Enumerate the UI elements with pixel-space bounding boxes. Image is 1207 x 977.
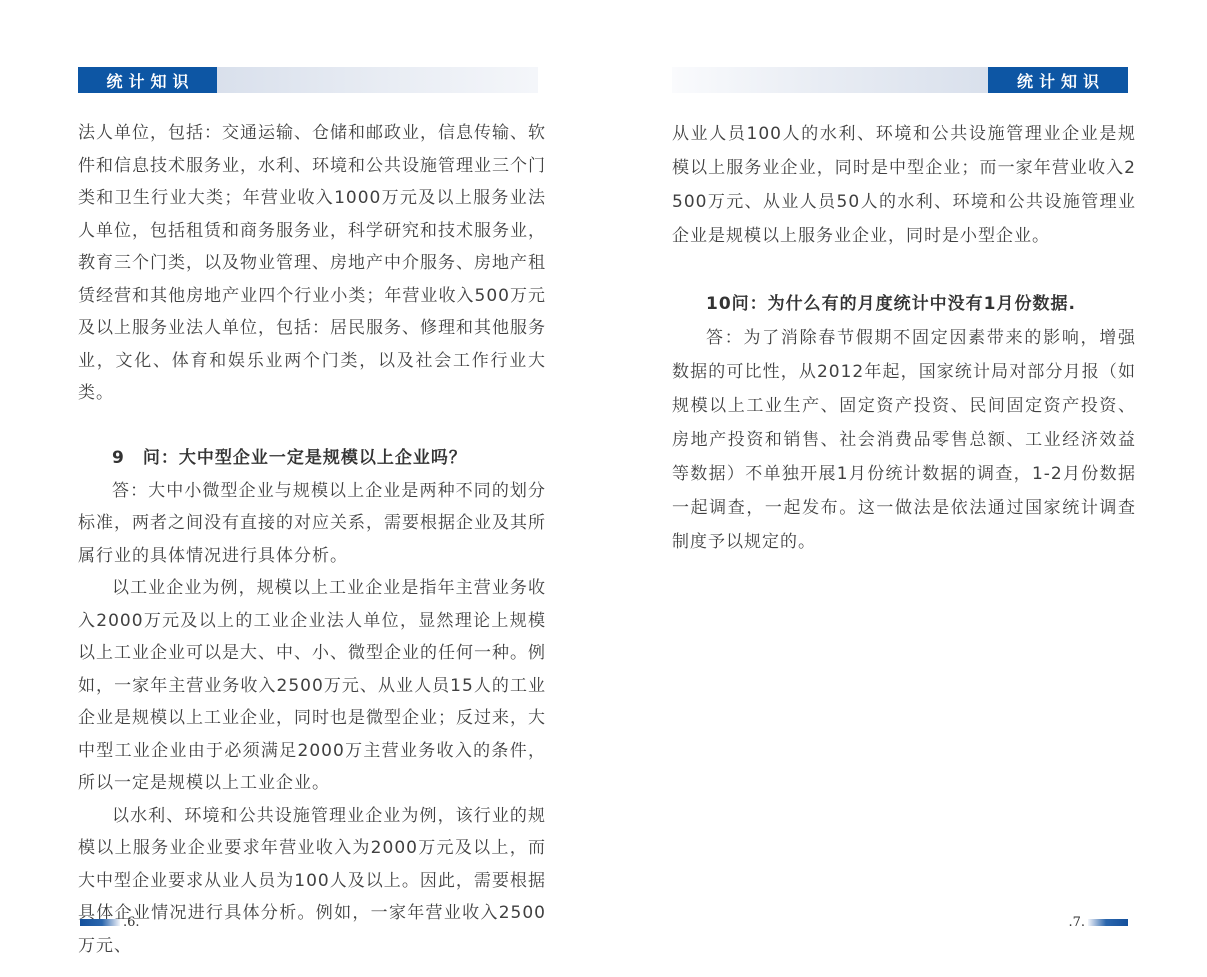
question-9-heading: 9 问：大中型企业一定是规模以上企业吗？ <box>78 442 546 475</box>
left-header-gradient-rule <box>217 67 538 93</box>
left-footer-bar <box>80 919 120 926</box>
answer-9-paragraph-3: 以水利、环境和公共设施管理业企业为例，该行业的规模以上服务业企业要求年营业收入为… <box>78 800 546 963</box>
left-continuation-paragraph: 法人单位，包括：交通运输、仓储和邮政业，信息传输、软件和信息技术服务业，水利、环… <box>78 117 546 410</box>
right-header-title: 统计知识 <box>1017 69 1105 92</box>
right-page-footer: .7. <box>1068 912 1128 932</box>
left-page-header-band: 统计知识 <box>78 67 538 93</box>
answer-10-paragraph-1: 答：为了消除春节假期不固定因素带来的影响，增强数据的可比性，从2012年起，国家… <box>672 321 1136 559</box>
left-page-body: 法人单位，包括：交通运输、仓储和邮政业，信息传输、软件和信息技术服务业，水利、环… <box>78 117 546 962</box>
right-header-gradient-rule <box>672 67 988 93</box>
right-page-body: 从业人员100人的水利、环境和公共设施管理业企业是规模以上服务业企业，同时是中型… <box>672 117 1136 559</box>
right-continuation-paragraph: 从业人员100人的水利、环境和公共设施管理业企业是规模以上服务业企业，同时是中型… <box>672 117 1136 253</box>
right-page-number: .7. <box>1068 915 1085 930</box>
right-page-header-band: 统计知识 <box>672 67 1128 93</box>
document-spread: 统计知识 统计知识 法人单位，包括：交通运输、仓储和邮政业，信息传输、软件和信息… <box>0 0 1207 977</box>
left-header-title: 统计知识 <box>106 69 194 92</box>
right-header-title-box: 统计知识 <box>988 67 1128 93</box>
question-10-heading: 10问：为什么有的月度统计中没有1月份数据. <box>672 287 1136 321</box>
right-footer-bar <box>1088 919 1128 926</box>
answer-9-paragraph-1: 答：大中小微型企业与规模以上企业是两种不同的划分标准，两者之间没有直接的对应关系… <box>78 475 546 573</box>
left-page-number: .6. <box>123 915 140 930</box>
left-page-footer: .6. <box>80 912 140 932</box>
left-header-title-box: 统计知识 <box>78 67 217 93</box>
answer-9-paragraph-2: 以工业企业为例，规模以上工业企业是指年主营业务收入2000万元及以上的工业企业法… <box>78 572 546 800</box>
